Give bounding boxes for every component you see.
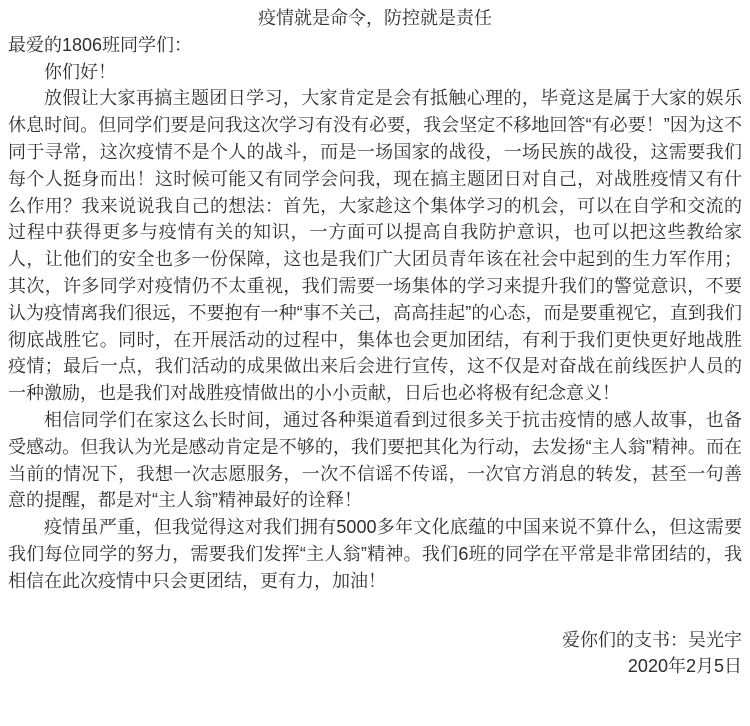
signature: 爱你们的支书：吴光宇 (8, 627, 742, 654)
signature-block: 爱你们的支书：吴光宇 2020年2月5日 (8, 627, 742, 681)
paragraph: 放假让大家再搞主题团日学习，大家肯定是会有抵触心理的，毕竟这是属于大家的娱乐休息… (8, 85, 742, 407)
greeting: 你们好！ (8, 59, 742, 86)
paragraph: 疫情虽严重，但我觉得这对我们拥有5000多年文化底蕴的中国来说不算什么，但这需要… (8, 514, 742, 594)
date: 2020年2月5日 (8, 653, 742, 680)
salutation: 最爱的1806班同学们： (8, 32, 742, 59)
paragraph: 相信同学们在家这么长时间，通过各种渠道看到过很多关于抗击疫情的感人故事，也备受感… (8, 407, 742, 514)
letter-document: 疫情就是命令，防控就是责任 最爱的1806班同学们： 你们好！ 放假让大家再搞主… (0, 0, 750, 726)
letter-title: 疫情就是命令，防控就是责任 (8, 5, 742, 32)
